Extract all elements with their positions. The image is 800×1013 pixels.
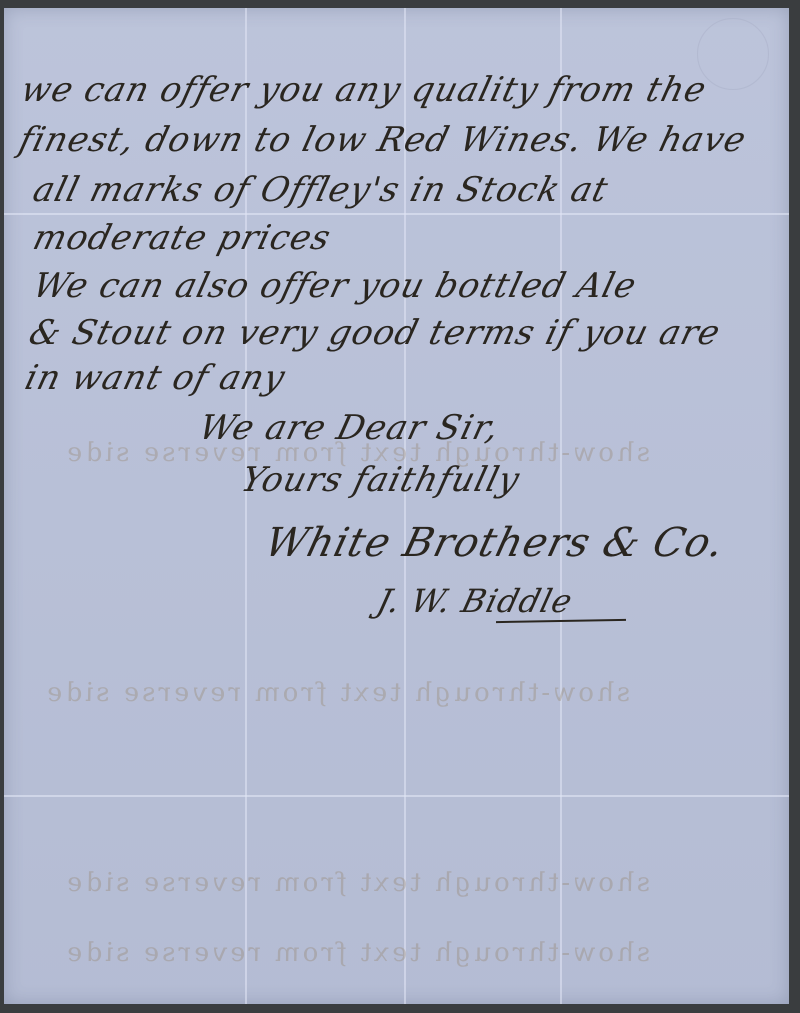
letter-body-line: & Stout on very good terms if you are [25,313,725,353]
bleed-through-text: show-through text from reverse side [61,938,654,968]
bleed-through-text: show-through text from reverse side [61,868,654,898]
fold-line-horizontal [4,795,789,797]
letter-page: show-through text from reverse side show… [4,8,789,1004]
letter-body-line: all marks of Offley's in Stock at [29,170,613,210]
fold-line-horizontal [4,213,789,215]
letter-body-line: We can also offer you bottled Ale [29,266,641,306]
letter-salutation: We are Dear Sir, [195,408,504,448]
bleed-through-text: show-through text from reverse side [41,678,634,708]
letter-body-line: we can offer you any quality from the [17,70,711,110]
letter-body-line: moderate prices [29,218,335,258]
signature-firm: White Brothers & Co. [260,520,729,566]
letter-body-line: finest, down to low Red Wines. We have [15,120,751,160]
letter-valediction: Yours faithfully [237,460,524,500]
signature-person: J. W. Biddle [373,582,577,620]
letter-body-line: in want of any [21,358,290,398]
